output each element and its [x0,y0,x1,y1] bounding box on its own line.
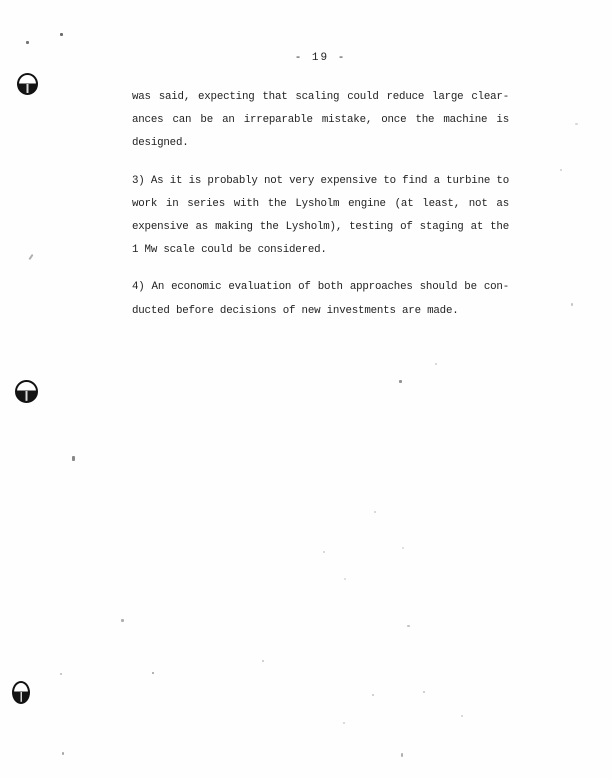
paragraph-item-3: 3) As it is probably not very expensive … [132,170,509,263]
scan-speck [461,715,463,717]
scan-speck [343,722,345,724]
scan-speck [152,672,154,674]
document-body-text: was said, expecting that scaling could r… [132,86,509,337]
text-line: ances can be an irreparable mistake, onc… [132,109,509,132]
scan-speck [26,41,29,44]
scan-speck [121,619,124,622]
paragraph-item-4: 4) An economic evaluation of both approa… [132,276,509,322]
scan-speck [372,694,374,696]
text-line: was said, expecting that scaling could r… [132,86,509,109]
scan-speck [402,547,404,549]
scan-speck [60,33,63,36]
text-line: 4) An economic evaluation of both approa… [132,276,509,299]
paragraph-continuation: was said, expecting that scaling could r… [132,86,509,156]
scanned-document-page: - 19 - was said, expecting that scaling … [0,0,612,779]
scan-speck [401,753,403,757]
scan-speck [560,169,562,171]
scan-speck [399,380,402,383]
scan-speck [571,303,573,306]
scan-speck [262,660,264,662]
scan-speck [575,123,578,125]
punch-hole-mark [15,380,38,403]
scan-speck [423,691,425,693]
scan-speck [28,254,33,260]
scan-speck [344,578,346,580]
text-line: ducted before decisions of new investmen… [132,300,509,323]
text-line: designed. [132,132,509,155]
scan-speck [60,673,62,675]
page-number: - 19 - [132,52,509,64]
scan-speck [407,625,410,627]
scan-speck [323,551,325,553]
scan-speck [374,511,376,513]
text-line: 1 Mw scale could be considered. [132,239,509,262]
scan-speck [435,363,437,365]
punch-hole-mark [12,681,30,704]
text-line: 3) As it is probably not very expensive … [132,170,509,193]
text-line: expensive as making the Lysholm), testin… [132,216,509,239]
punch-hole-mark [17,73,38,95]
scan-speck [62,752,64,755]
scan-speck [72,456,75,461]
text-line: work in series with the Lysholm engine (… [132,193,509,216]
